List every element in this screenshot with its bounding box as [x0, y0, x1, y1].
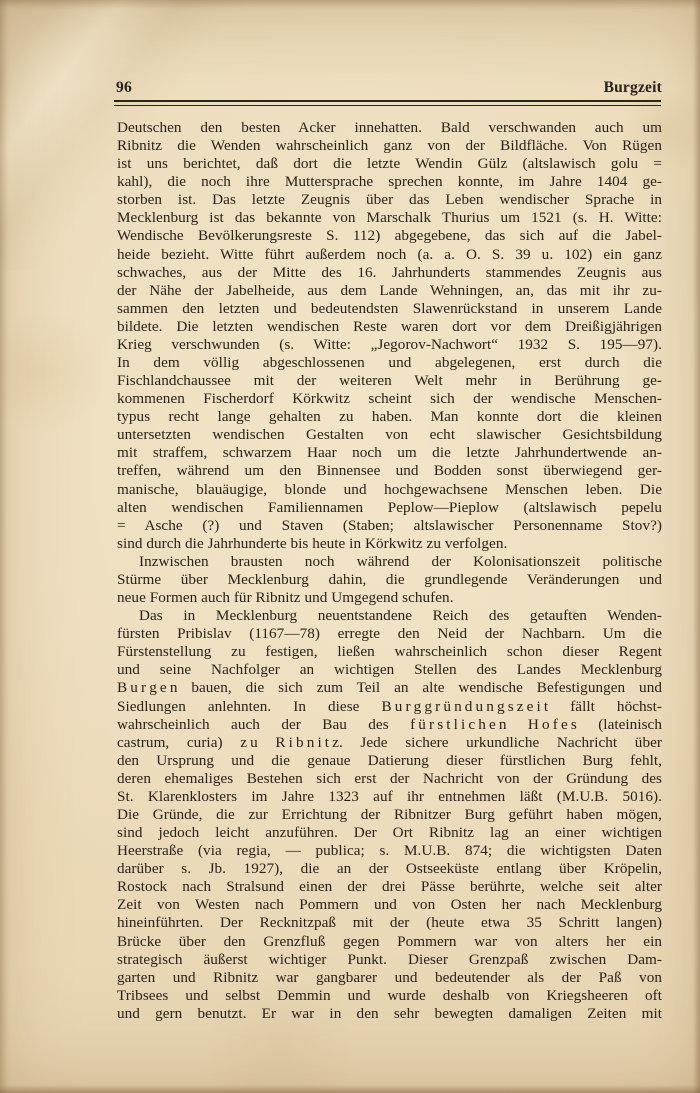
- text-line: Ribnitz die Wenden wahrscheinlich ganz v…: [117, 137, 662, 155]
- text-line: strategisch äußerst wichtiger Punkt. Die…: [117, 951, 662, 969]
- text-line: storben ist. Das letzte Zeugnis über das…: [117, 191, 662, 209]
- text-line: Krieg verschwunden (s. Witte: „Jegorov-N…: [117, 336, 662, 354]
- text-line: Fischlandchaussee mit der weiteren Welt …: [117, 372, 662, 390]
- text-line: sammen den letzten und bedeutendsten Sla…: [117, 300, 662, 318]
- text-line: bildete. Die letzten wendischen Reste wa…: [117, 318, 662, 336]
- text-line: typus recht lange gehalten zu haben. Man…: [117, 408, 662, 426]
- text-line: und gern benutzt. Er war in den sehr bew…: [117, 1005, 662, 1023]
- header-double-rule: [114, 100, 661, 106]
- text-line: sind jedoch leicht anzuführen. Der Ort R…: [117, 824, 662, 842]
- text-line: Zeit von Westen nach Pommern und von Ost…: [117, 896, 662, 914]
- text-line: castrum, curia) z u R i b n i t z. Jede …: [117, 734, 662, 752]
- text-line: Rostock nach Stralsund einen der drei Pä…: [117, 878, 662, 896]
- text-line: Fürstenstellung zu festigen, ließen wahr…: [117, 643, 662, 661]
- text-line: Heerstraße (via regia, — publica; s. M.U…: [117, 842, 662, 860]
- body-text: Deutschen den besten Acker innehatten. B…: [117, 119, 662, 1023]
- text-line: Mecklenburg ist das bekannte von Marscha…: [117, 209, 662, 227]
- text-line: Deutschen den besten Acker innehatten. B…: [117, 119, 662, 137]
- text-line: St. Klarenklosters im Jahre 1323 auf ihr…: [117, 788, 662, 806]
- text-line: kahl), die noch ihre Muttersprache sprec…: [117, 173, 662, 191]
- text-line: Wendische Bevölkerungsreste S. 112) abge…: [117, 227, 662, 245]
- text-line: Siedlungen anlehnten. In diese B u r g g…: [117, 698, 662, 716]
- text-line: der Nähe der Jabelheide, aus dem Lande W…: [117, 282, 662, 300]
- text-line: hineinführten. Der Recknitzpaß mit der (…: [117, 914, 662, 932]
- text-line: In dem völlig abgeschlossenen und abgele…: [117, 354, 662, 372]
- text-line: kommenen Fischerdorf Körkwitz scheint si…: [117, 390, 662, 408]
- text-line: Inzwischen brausten noch während der Kol…: [117, 553, 662, 571]
- text-line: und seine Nachfolger an wichtigen Stelle…: [117, 661, 662, 679]
- text-line: fürsten Pribislav (1167—78) erregte den …: [117, 625, 662, 643]
- text-line: = Asche (?) und Staven (Staben; altslawi…: [117, 517, 662, 535]
- text-line: darüber s. Jb. 1927), die an der Ostseek…: [117, 860, 662, 878]
- text-line: sind durch die Jahrhunderte bis heute in…: [117, 535, 662, 553]
- text-line: neue Formen auch für Ribnitz und Umgegen…: [117, 589, 662, 607]
- text-line: Brücke über den Grenzfluß gegen Pommern …: [117, 933, 662, 951]
- page-number: 96: [116, 79, 132, 97]
- text-line: Stürme über Mecklenburg dahin, die grund…: [117, 571, 662, 589]
- text-line: heide bezieht. Witte führt außerdem noch…: [117, 246, 662, 264]
- text-line: wahrscheinlich auch der Bau des f ü r s …: [117, 716, 662, 734]
- text-line: ist uns berichtet, daß dort die letzte W…: [117, 155, 662, 173]
- scanned-book-page: 96 Burgzeit Deutschen den besten Acker i…: [0, 0, 700, 1093]
- text-line: schwaches, aus der Mitte des 16. Jahrhun…: [117, 264, 662, 282]
- text-line: manische, blauäugige, blonde und hochgew…: [117, 481, 662, 499]
- text-line: Das in Mecklenburg neuentstandene Reich …: [117, 607, 662, 625]
- text-line: Tribsees und selbst Demmin und wurde des…: [117, 987, 662, 1005]
- text-line: mit straffem, schwarzem Haar noch um die…: [117, 444, 662, 462]
- text-line: Die Gründe, die zur Errichtung der Ribni…: [117, 806, 662, 824]
- text-line: deren ehemaliges Bestehen sich erst der …: [117, 770, 662, 788]
- text-line: alten wendischen Familiennamen Peplow—Pi…: [117, 499, 662, 517]
- running-title: Burgzeit: [604, 79, 662, 97]
- text-line: den Ursprung und die genaue Datierung di…: [117, 752, 662, 770]
- page-header: 96 Burgzeit: [116, 79, 662, 99]
- text-line: B u r g e n bauen, die sich zum Teil an …: [117, 679, 662, 697]
- text-line: garten und Ribnitz war gangbarer und bed…: [117, 969, 662, 987]
- text-line: untersetzten wendischen Gestalten von ec…: [117, 426, 662, 444]
- text-line: treffen, während um den Binnensee und Bo…: [117, 462, 662, 480]
